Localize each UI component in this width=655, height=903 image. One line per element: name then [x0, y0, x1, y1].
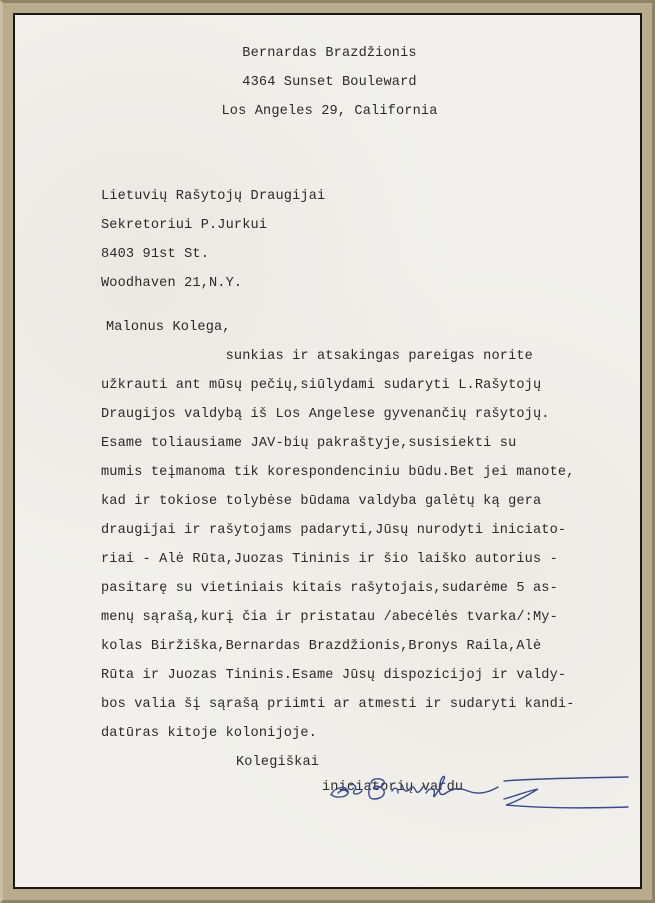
- body-line: Rūta ir Juozas Tininis.Esame Jūsų dispoz…: [101, 668, 566, 683]
- sender-city: Los Angeles 29, California: [15, 104, 644, 119]
- body-line: užkrauti ant mūsų pečių,siūlydami sudary…: [101, 378, 541, 393]
- body-line: riai - Alė Rūta,Juozas Tininis ir šio la…: [101, 552, 558, 567]
- body-line: draugijai ir rašytojams padaryti,Jūsų nu…: [101, 523, 566, 538]
- body-line: Esame toliausiame JAV-bių pakraštyje,sus…: [101, 436, 516, 451]
- body-line: bos valia šį sąrašą priimti ar atmesti i…: [101, 697, 575, 712]
- recipient-line: Lietuvių Rašytojų Draugijai: [101, 189, 325, 204]
- recipient-line: 8403 91st St.: [101, 247, 209, 262]
- sender-name: Bernardas Brazdžionis: [15, 46, 644, 61]
- closing: Kolegiškai: [236, 755, 319, 770]
- body-line: datūras kitoje kolonijoje.: [101, 726, 317, 741]
- body-line: kolas Biržiška,Bernardas Brazdžionis,Bro…: [101, 639, 541, 654]
- body-line: sunkias ir atsakingas pareigas norite: [101, 349, 533, 364]
- salutation: Malonus Kolega,: [106, 320, 231, 335]
- body-line: pasitarę su vietiniais kitais rašytojais…: [101, 581, 558, 596]
- recipient-line: Sekretoriui P.Jurkui: [101, 218, 267, 233]
- body-line: mumis teįmanoma tik korespondenciniu būd…: [101, 465, 575, 480]
- body-line: menų sąrašą,kurį čia ir pristatau /abecė…: [101, 610, 558, 625]
- body-line: Draugijos valdybą iš Los Angelese gyvena…: [101, 407, 550, 422]
- recipient-line: Woodhaven 21,N.Y.: [101, 276, 242, 291]
- sender-street: 4364 Sunset Bouleward: [15, 75, 644, 90]
- body-line: kad ir tokiose tolybėse būdama valdyba g…: [101, 494, 541, 509]
- letter-page: Bernardas Brazdžionis 4364 Sunset Boulew…: [13, 13, 642, 889]
- signature: [328, 773, 648, 823]
